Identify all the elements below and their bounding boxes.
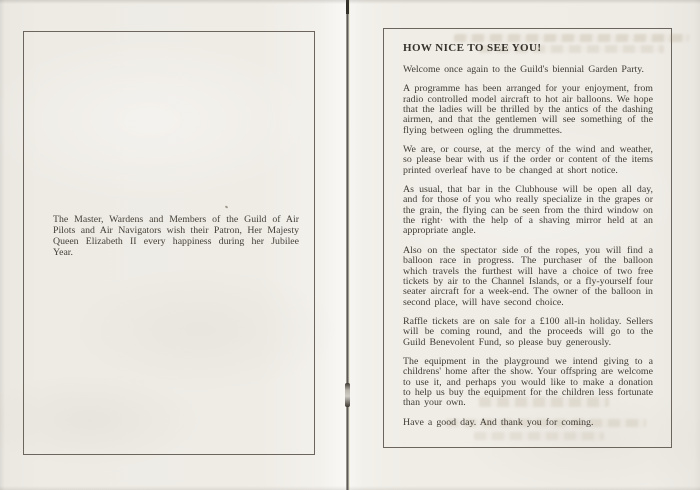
right-page: HOW NICE TO SEE YOU! Welcome once again … [350, 0, 700, 490]
dedication-text: The Master, Wardens and Members of the G… [53, 215, 299, 259]
ink-bleedthrough [454, 34, 689, 42]
body-paragraph: Welcome once again to the Guild's bienni… [403, 65, 653, 75]
left-page-frame: The Master, Wardens and Members of the G… [23, 31, 315, 455]
welcome-text-block: HOW NICE TO SEE YOU! Welcome once again … [403, 42, 653, 428]
ink-bleedthrough [474, 432, 604, 440]
right-page-frame: HOW NICE TO SEE YOU! Welcome once again … [383, 28, 672, 448]
booklet-spine-fold [346, 0, 349, 490]
body-paragraph: Have a good day. And thank you for comin… [403, 418, 653, 428]
scan-edge-shadow [0, 0, 700, 4]
left-page: The Master, Wardens and Members of the G… [0, 0, 349, 490]
body-paragraph: A programme has been arranged for your e… [403, 84, 653, 136]
scanned-booklet-spread: The Master, Wardens and Members of the G… [0, 0, 700, 490]
body-paragraph: As usual, that bar in the Clubhouse will… [403, 185, 653, 237]
body-paragraph: The equipment in the playground we inten… [403, 357, 653, 409]
paper-speck [225, 205, 229, 208]
page-heading: HOW NICE TO SEE YOU! [403, 42, 653, 54]
body-paragraph: We are, or course, at the mercy of the w… [403, 145, 653, 176]
scan-edge-shadow [0, 486, 700, 490]
body-paragraph: Also on the spectator side of the ropes,… [403, 246, 653, 308]
body-paragraph: Raffle tickets are on sale for a £100 al… [403, 317, 653, 348]
